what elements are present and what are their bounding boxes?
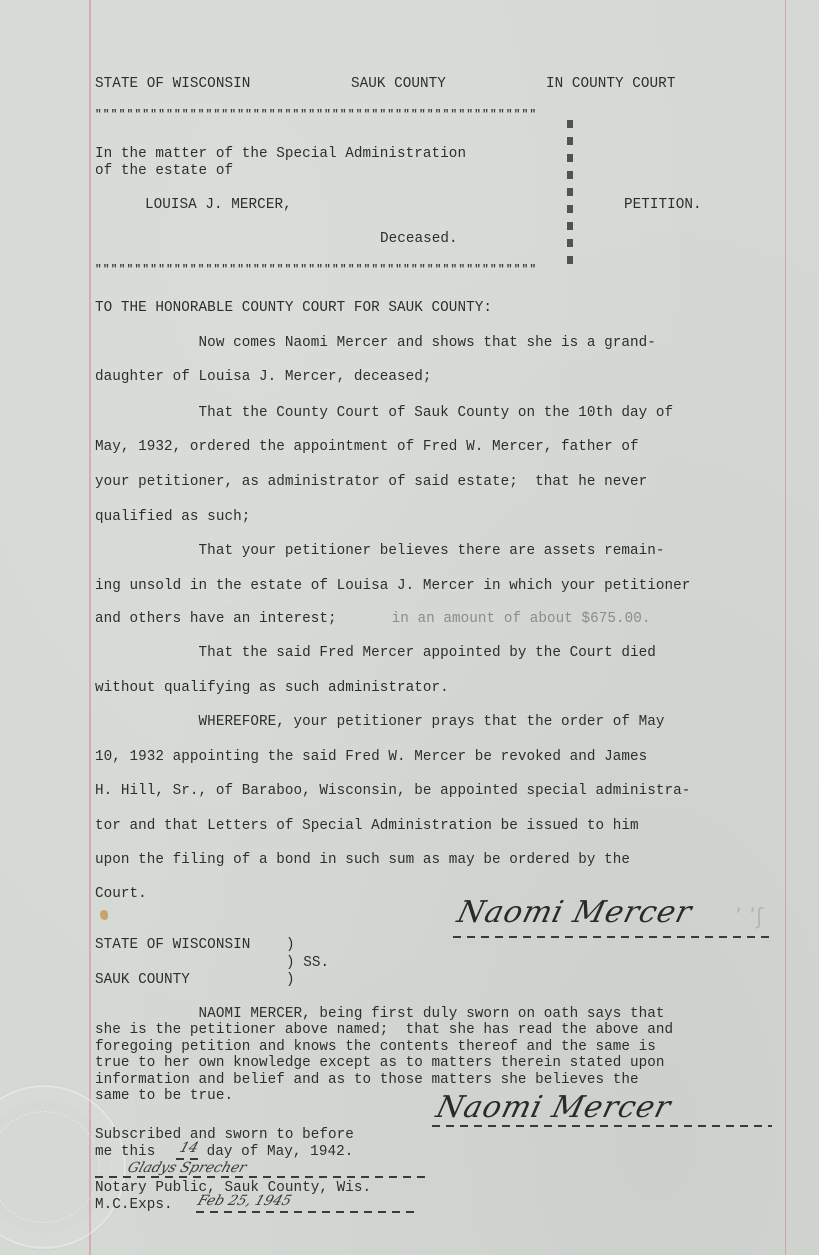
venue-brace-bottom: ) — [286, 972, 295, 988]
petition-line: and others have an interest; — [95, 611, 337, 627]
petition-line: without qualifying as such administrator… — [95, 680, 449, 696]
petition-line: WHEREFORE, your petitioner prays that th… — [95, 714, 665, 730]
jurat-line-2-prefix: me this — [95, 1144, 164, 1161]
venue-brace-ss: ) SS. — [286, 955, 329, 971]
petition-line: ing unsold in the estate of Louisa J. Me… — [95, 578, 690, 594]
header-state: STATE OF WISCONSIN — [95, 76, 250, 92]
affidavit-line: foregoing petition and knows the content… — [95, 1039, 656, 1056]
petition-line: That your petitioner believes there are … — [95, 543, 665, 559]
document-page: STATE OF WISCONSIN SAUK COUNTY IN COUNTY… — [0, 0, 819, 1255]
left-margin-line — [89, 0, 91, 1255]
commission-expires-date: Feb 25, 1945 — [195, 1193, 293, 1209]
venue-county: SAUK COUNTY — [95, 972, 190, 988]
notary-signature-line — [95, 1176, 425, 1178]
pencil-mark: ’ ’ʃ — [735, 905, 763, 930]
petitioner-signature: Naomi Mercer — [454, 895, 696, 930]
petition-line: your petitioner, as administrator of sai… — [95, 474, 647, 490]
caption-rule-vertical — [567, 120, 573, 270]
jurat-line-1: Subscribed and sworn to before — [95, 1127, 354, 1144]
affiant-signature: Naomi Mercer — [433, 1090, 675, 1125]
paper-stain — [100, 910, 108, 920]
right-margin-line — [785, 0, 786, 1255]
petition-line: That the County Court of Sauk County on … — [95, 405, 673, 421]
petition-amount-insert: in an amount of about $675.00. — [383, 611, 651, 627]
petition-address: TO THE HONORABLE COUNTY COURT FOR SAUK C… — [95, 300, 492, 316]
petition-line: H. Hill, Sr., of Baraboo, Wisconsin, be … — [95, 783, 690, 799]
commission-expires-line — [196, 1211, 418, 1213]
petitioner-signature-line — [453, 936, 773, 938]
petition-line: upon the filing of a bond in such sum as… — [95, 852, 630, 868]
petition-line: May, 1932, ordered the appointment of Fr… — [95, 439, 639, 455]
jurat-line-2-suffix: day of May, 1942. — [198, 1144, 353, 1161]
decedent-status: Deceased. — [380, 231, 458, 247]
decedent-name: LOUISA J. MERCER, — [145, 197, 292, 213]
affidavit-line: true to her own knowledge except as to m… — [95, 1055, 665, 1072]
affidavit-line: same to be true. — [95, 1088, 233, 1105]
document-type: PETITION. — [624, 197, 702, 213]
petition-line: qualified as such; — [95, 509, 250, 525]
affidavit-line: information and belief and as to those m… — [95, 1072, 639, 1089]
jurat-day-handwritten: 14 — [177, 1140, 200, 1156]
petition-line: daughter of Louisa J. Mercer, deceased; — [95, 369, 432, 385]
venue-state: STATE OF WISCONSIN — [95, 937, 250, 953]
header-court: IN COUNTY COURT — [546, 76, 675, 92]
caption-line-1: In the matter of the Special Administrat… — [95, 146, 466, 162]
petition-line: 10, 1932 appointing the said Fred W. Mer… — [95, 749, 647, 765]
affidavit-line: NAOMI MERCER, being first duly sworn on … — [95, 1006, 665, 1023]
petition-line: Court. — [95, 886, 147, 902]
petition-line: tor and that Letters of Special Administ… — [95, 818, 639, 834]
notary-seal-embossing — [0, 1085, 126, 1249]
petition-line: That the said Fred Mercer appointed by t… — [95, 645, 656, 661]
affidavit-line: she is the petitioner above named; that … — [95, 1022, 673, 1039]
commission-expires-label: M.C.Exps. — [95, 1197, 181, 1214]
venue-brace-top: ) — [286, 937, 295, 953]
caption-line-2: of the estate of — [95, 163, 233, 179]
petition-line: Now comes Naomi Mercer and shows that sh… — [95, 335, 656, 351]
caption-rule-bottom: """"""""""""""""""""""""""""""""""""""""… — [95, 265, 537, 276]
affiant-signature-line — [432, 1125, 772, 1127]
notary-signature: Gladys Sprecher — [125, 1160, 248, 1176]
header-county: SAUK COUNTY — [351, 76, 446, 92]
caption-rule-top: """"""""""""""""""""""""""""""""""""""""… — [95, 110, 537, 121]
